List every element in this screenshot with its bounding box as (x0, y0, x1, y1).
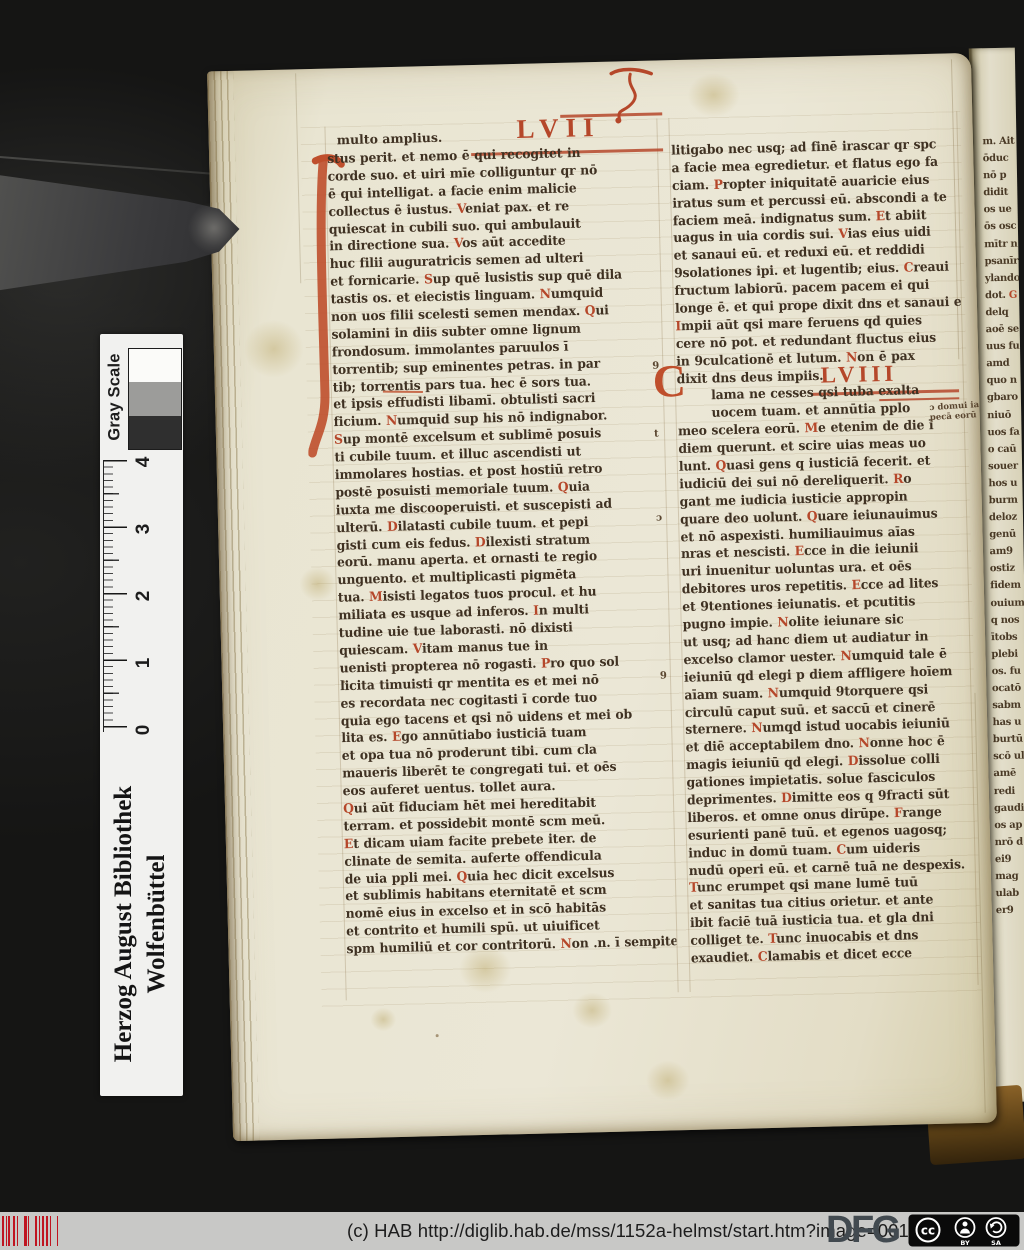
manuscript-text-line: aoē se (986, 324, 1020, 342)
manuscript-text-line: er9 (996, 905, 1024, 923)
manuscript-text-line: redi (994, 785, 1024, 803)
manuscript-page: multo amplius. LVII LVIII C stus perit. … (207, 53, 997, 1141)
stain (370, 1007, 397, 1032)
fold-line (295, 73, 301, 283)
swatch-gray (129, 382, 181, 415)
institution-name: Herzog August Bibliothek Wolfenbüttel (102, 754, 178, 1094)
manuscript-text-line: didit (983, 187, 1017, 205)
manuscript-text-line: gaudi (994, 802, 1024, 820)
ruler-ticks (103, 460, 130, 732)
manuscript-text-line: am9 (989, 546, 1023, 564)
margin-mark: ɔ (656, 513, 662, 524)
manuscript-text-line: ītobs (991, 631, 1024, 649)
scan-background: m. Aitōducnō pdiditos ueōs oscmītr npsan… (0, 0, 1024, 1250)
gray-scale-patch (128, 348, 182, 450)
manuscript-text-line: ouium (990, 597, 1024, 615)
svg-text:SA: SA (991, 1239, 1001, 1247)
manuscript-text-line: mītr n (984, 238, 1018, 256)
margin-mark: t (654, 429, 659, 440)
runover-text: multo amplius. (337, 130, 443, 148)
manuscript-text-line: burtū (993, 734, 1024, 752)
manuscript-text-line: uus fu (986, 341, 1020, 359)
manuscript-text-line: q nos (991, 614, 1024, 632)
manuscript-text-line: uos fa (987, 426, 1021, 444)
manuscript-text-line: m. Ait (982, 136, 1016, 154)
manuscript-text-line: os ap (994, 819, 1024, 837)
stain (572, 992, 613, 1029)
manuscript-text-line: dot. G (985, 289, 1019, 307)
gray-scale-label: Gray Scale (102, 339, 128, 456)
manuscript-text-line: ylando (985, 272, 1019, 290)
chapter-heading-57: LVII (516, 112, 601, 145)
red-flourish-mark (605, 61, 657, 128)
manuscript-text-line: plebi (991, 648, 1024, 666)
gray-scale-card: Gray Scale 4 3 2 1 0 Herzog August Bibli… (100, 334, 183, 1096)
speck (436, 1034, 439, 1037)
ruler-number: 4 (134, 452, 154, 472)
manuscript-text-line: amd (986, 358, 1020, 376)
ruler-number: 2 (134, 586, 154, 606)
svg-text:cc: cc (921, 1224, 935, 1238)
manuscript-text-line: scō ul (993, 751, 1024, 769)
manuscript-text-line: genū (989, 529, 1023, 547)
ruler-number: 1 (134, 653, 154, 673)
stain (645, 1060, 690, 1101)
manuscript-text-line: ei9 (995, 853, 1024, 871)
manuscript-text-line: ocatō (992, 683, 1024, 701)
ruler-number: 0 (134, 720, 154, 740)
cc-by-sa-badge: cc BY SA (908, 1214, 1020, 1247)
swatch-white (129, 349, 181, 382)
margin-mark: 9 (652, 361, 659, 372)
manuscript-text-line: souer (988, 460, 1022, 478)
manuscript-text-line: ōduc (983, 153, 1017, 171)
manuscript-text-line: os. fu (992, 665, 1024, 683)
dfg-logo: DFG (826, 1209, 899, 1250)
manuscript-text-line: hos u (988, 477, 1022, 495)
marginal-note: ɔ domui ia pecā eorū (929, 399, 994, 423)
ruler-number: 3 (134, 519, 154, 539)
manuscript-text-line: o caū (988, 443, 1022, 461)
manuscript-text-line: fidem (990, 580, 1024, 598)
swatch-dark (129, 416, 181, 449)
bottom-bar: (c) HAB http://diglib.hab.de/mss/1152a-h… (0, 1212, 1024, 1250)
manuscript-text-line: ulab (995, 888, 1024, 906)
text-column-2: litigabo nec usq; ad finē irascar qr spc… (671, 135, 977, 967)
barcode (2, 1216, 58, 1246)
svg-text:BY: BY (960, 1239, 970, 1247)
manuscript-text-line: ōs osc (984, 221, 1018, 239)
manuscript-text-line: deloz (989, 512, 1023, 530)
manuscript-text-line: nō p (983, 170, 1017, 188)
page-clip-tip (188, 202, 240, 254)
stain (243, 319, 304, 378)
manuscript-text-line: amē (993, 768, 1024, 786)
manuscript-text-line: burm (989, 495, 1023, 513)
stain (687, 72, 740, 117)
manuscript-text-line: delq (985, 307, 1019, 325)
manuscript-text-line: mag (995, 871, 1024, 889)
manuscript-text-line: sabm (992, 700, 1024, 718)
manuscript-text-line: ostiz (990, 563, 1024, 581)
manuscript-text-line: os ue (984, 204, 1018, 222)
manuscript-text-line: has u (992, 717, 1024, 735)
margin-mark: 9 (660, 670, 667, 681)
text-column-1: stus perit. et nemo ē qui recogitet inco… (327, 143, 677, 959)
manuscript-text-line: nrō d (995, 836, 1024, 854)
manuscript-text-line: psanīr (984, 255, 1018, 273)
manuscript-text-line: quo n (987, 375, 1021, 393)
